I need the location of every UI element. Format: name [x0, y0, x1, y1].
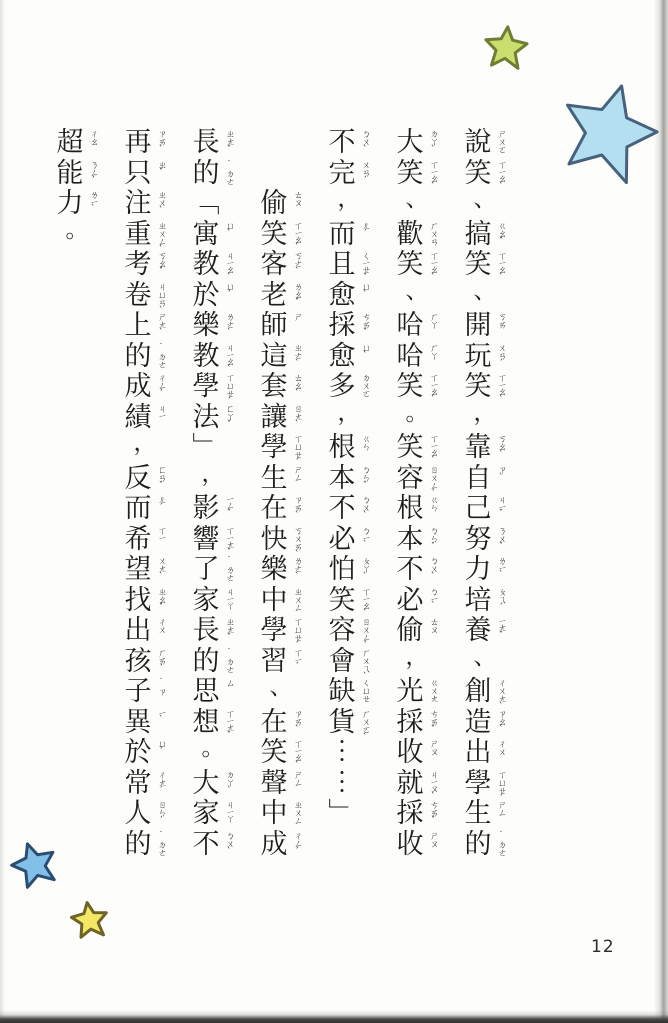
zhuyin-annotation: ㄩˊ: [154, 739, 167, 756]
char-cell: 思ㄙ: [191, 677, 259, 708]
char-cell: 己ㄐㄧˇ: [463, 494, 531, 525]
hanzi-char: 採: [395, 799, 425, 830]
char-cell: 希ㄒㄧ: [123, 525, 191, 556]
zhuyin-annotation: ˙ㄉㄜ: [222, 160, 235, 185]
char-cell: 會ㄏㄨㄟˋ: [327, 647, 395, 678]
hanzi-char: 會: [327, 647, 357, 678]
zhuyin-annotation: ㄗㄞˋ: [290, 709, 303, 734]
zhuyin-annotation: ㄧㄤˇ: [494, 617, 507, 640]
char-cell: 、: [259, 677, 327, 708]
char-cell: 響ㄒㄧㄤˇ: [191, 525, 259, 556]
zhuyin-annotation: ㄐㄧㄠˋ: [222, 343, 235, 374]
char-cell: 學ㄒㄩㄝˊ: [259, 433, 327, 464]
zhuyin-annotation: ㄐㄧㄠˋ: [222, 251, 235, 282]
hanzi-char: 玩: [463, 342, 493, 373]
zhuyin-annotation: ㄅㄧˋ: [426, 587, 439, 610]
char-cell: 聲ㄕㄥ: [259, 769, 327, 800]
char-cell: 不ㄅㄨˋ: [327, 494, 395, 525]
hanzi-char: 哈: [395, 311, 425, 342]
char-cell: 生ㄕㄥ: [463, 799, 531, 830]
zhuyin-annotation: ㄦˊ: [358, 221, 371, 238]
char-cell: 人ㄖㄣˊ: [123, 799, 191, 830]
hanzi-char: 常: [123, 769, 153, 800]
hanzi-char: 這: [259, 342, 289, 373]
char-cell: 家ㄐㄧㄚ: [191, 586, 259, 617]
hanzi-char: 子: [123, 677, 153, 708]
hanzi-char: 己: [463, 494, 493, 525]
char-cell: 快ㄎㄨㄞˋ: [259, 525, 327, 556]
yellow-star-icon: [67, 897, 111, 941]
hanzi-char: ，: [198, 459, 228, 490]
hanzi-char: 必: [327, 525, 357, 556]
hanzi-char: 、: [402, 184, 432, 215]
zhuyin-annotation: ˙ㄉㄜ: [222, 648, 235, 673]
hanzi-char: 成: [123, 372, 153, 403]
zhuyin-annotation: ㄑㄧㄝˇ: [358, 251, 371, 282]
hanzi-char: 本: [395, 525, 425, 556]
hanzi-char: 客: [259, 250, 289, 281]
zhuyin-annotation: ㄒㄩㄝˊ: [290, 434, 303, 467]
hanzi-char: 教: [191, 250, 221, 281]
char-cell: 就ㄐㄧㄡˋ: [395, 769, 463, 800]
zhuyin-annotation: ㄔㄨ: [154, 617, 167, 633]
hanzi-char: 家: [191, 586, 221, 617]
char-cell: 且ㄑㄧㄝˇ: [327, 250, 395, 281]
zhuyin-annotation: ㄒㄩㄝˊ: [222, 373, 235, 406]
hanzi-char: ，: [470, 398, 500, 429]
char-cell: 上ㄕㄤˋ: [123, 311, 191, 342]
zhuyin-annotation: ㄨㄤˋ: [154, 556, 167, 581]
zhuyin-annotation: ㄈㄚˇ: [222, 404, 235, 429]
char-cell: 造ㄗㄠˋ: [463, 708, 531, 739]
zhuyin-annotation: ㄐㄧㄡˋ: [426, 770, 439, 801]
char-cell: 寓ㄩˋ: [191, 220, 259, 251]
zhuyin-annotation: ㄘㄞˇ: [426, 800, 439, 825]
char-cell: 光ㄍㄨㄤ: [395, 677, 463, 708]
zhuyin-annotation: ㄒㄧㄠˋ: [290, 221, 303, 252]
zhuyin-annotation: ㄒㄩㄝˊ: [290, 617, 303, 650]
hanzi-char: 必: [395, 586, 425, 617]
hanzi-char: 說: [463, 128, 493, 159]
zhuyin-annotation: ㄒㄧˊ: [290, 648, 303, 671]
zhuyin-annotation: ㄗㄞˋ: [290, 495, 303, 520]
char-cell: 的˙ㄉㄜ: [123, 342, 191, 373]
zhuyin-annotation: ㄐㄧˇ: [494, 495, 507, 518]
hanzi-char: 了: [191, 555, 221, 586]
char-cell: ，: [191, 464, 259, 495]
hanzi-char: 的: [191, 159, 221, 190]
zhuyin-annotation: ㄓㄜˋ: [290, 343, 303, 368]
hanzi-char: 中: [259, 586, 289, 617]
hanzi-char: 創: [463, 677, 493, 708]
char-cell: 孩ㄏㄞˊ: [123, 647, 191, 678]
zhuyin-annotation: ㄆㄟˊ: [494, 587, 507, 612]
char-cell: 說ㄕㄨㄛ: [463, 128, 531, 159]
hanzi-char: 長: [191, 128, 221, 159]
hanzi-char: 、: [266, 672, 296, 703]
hanzi-char: 笑: [327, 586, 357, 617]
char-cell: 、: [463, 189, 531, 220]
hanzi-char: ，: [402, 642, 432, 673]
char-cell: ，: [123, 433, 191, 464]
char-cell: 學ㄒㄩㄝˊ: [191, 372, 259, 403]
zhuyin-annotation: ㄐㄧㄚ: [222, 800, 235, 822]
zhuyin-annotation: ㄅㄣˇ: [358, 465, 371, 490]
zhuyin-annotation: ㄎㄞ: [494, 312, 507, 328]
hanzi-char: 生: [259, 464, 289, 495]
char-cell: 套ㄊㄠˋ: [259, 372, 327, 403]
char-cell: 超ㄔㄠ: [55, 128, 123, 159]
hanzi-char: 重: [123, 220, 153, 251]
char-cell: ，: [327, 403, 395, 434]
yellow-star-shape: [70, 900, 110, 939]
hanzi-char: 不: [191, 830, 221, 861]
zhuyin-annotation: ㄩˋ: [358, 343, 371, 360]
text-column: 不ㄅㄨˋ完ㄨㄢˊ，而ㄦˊ且ㄑㄧㄝˇ愈ㄩˋ採ㄘㄞˇ愈ㄩˋ多ㄉㄨㄛ，根ㄍㄣ本ㄅㄣˇ不…: [327, 128, 395, 860]
hanzi-char: 容: [327, 616, 357, 647]
hanzi-char: 不: [327, 128, 357, 159]
hanzi-char: ﹂: [327, 799, 357, 830]
text-column: 說ㄕㄨㄛ笑ㄒㄧㄠˋ、搞ㄍㄠˇ笑ㄒㄧㄠˋ、開ㄎㄞ玩ㄨㄢˊ笑ㄒㄧㄠˋ，靠ㄎㄠˋ自ㄗˋ…: [463, 128, 531, 860]
char-cell: 笑ㄒㄧㄠˋ: [327, 586, 395, 617]
zhuyin-annotation: ˙ㄉㄜ: [154, 831, 167, 856]
char-cell: 歡ㄏㄨㄢ: [395, 220, 463, 251]
hanzi-char: 力: [463, 555, 493, 586]
hanzi-char: 就: [395, 769, 425, 800]
zhuyin-annotation: ㄒㄧㄤˇ: [222, 526, 235, 557]
hanzi-char: 的: [123, 342, 153, 373]
zhuyin-annotation: ㄗㄠˋ: [494, 709, 507, 734]
hanzi-char: 開: [463, 311, 493, 342]
char-cell: 笑ㄒㄧㄠˋ: [259, 220, 327, 251]
hanzi-char: 、: [402, 276, 432, 307]
char-cell: 大ㄉㄚˋ: [395, 128, 463, 159]
zhuyin-annotation: ㄕㄤˋ: [154, 312, 167, 337]
zhuyin-annotation: ˙ㄗ: [154, 678, 167, 695]
hanzi-char: 於: [191, 281, 221, 312]
zhuyin-annotation: ㄗˋ: [494, 465, 507, 482]
char-cell: 的˙ㄉㄜ: [123, 830, 191, 861]
char-cell: 而ㄦˊ: [327, 220, 395, 251]
hanzi-char: 異: [123, 708, 153, 739]
zhuyin-annotation: ㄖㄨㄥˊ: [426, 465, 439, 498]
zhuyin-annotation: ㄕ: [290, 312, 303, 320]
zhuyin-annotation: ㄅㄨˋ: [358, 495, 371, 520]
char-cell: 的˙ㄉㄜ: [463, 830, 531, 861]
char-cell: 教ㄐㄧㄠˋ: [191, 250, 259, 281]
hanzi-char: 希: [123, 525, 153, 556]
char-cell: 於ㄩˊ: [191, 281, 259, 312]
char-cell: 笑ㄒㄧㄠˋ: [395, 433, 463, 464]
char-cell: 創ㄔㄨㄤˋ: [463, 677, 531, 708]
zhuyin-annotation: ㄧˋ: [154, 709, 167, 724]
zhuyin-annotation: ㄔㄠ: [86, 129, 99, 145]
zhuyin-annotation: ㄌㄜˋ: [222, 312, 235, 337]
zhuyin-annotation: ㄔㄨ: [494, 739, 507, 755]
zhuyin-annotation: ㄉㄚˋ: [426, 129, 439, 154]
zhuyin-annotation: ˙ㄉㄜ: [154, 343, 167, 368]
text-column: 超ㄔㄠ能ㄋㄥˊ力ㄌㄧˋ。: [55, 128, 123, 860]
char-cell: 的˙ㄉㄜ: [191, 159, 259, 190]
hanzi-char: 思: [191, 677, 221, 708]
char-cell: 在ㄗㄞˋ: [259, 494, 327, 525]
hanzi-char: 不: [327, 494, 357, 525]
zhuyin-annotation: ㄎㄜˋ: [290, 251, 303, 276]
char-cell: 卷ㄐㄩㄢˋ: [123, 281, 191, 312]
zhuyin-annotation: ㄓㄨˋ: [154, 190, 167, 215]
char-cell: 長ㄓㄤˇ: [191, 616, 259, 647]
zhuyin-annotation: ㄌㄠˇ: [290, 282, 303, 307]
hanzi-char: 在: [259, 708, 289, 739]
char-cell: 的˙ㄉㄜ: [191, 647, 259, 678]
zhuyin-annotation: ˙ㄌㄜ: [222, 556, 235, 581]
zhuyin-annotation: ㄋㄥˊ: [86, 160, 99, 185]
char-cell: ﹂: [327, 799, 395, 830]
hanzi-char: 教: [191, 342, 221, 373]
zhuyin-annotation: ㄉㄨㄛ: [358, 373, 371, 397]
char-cell: 大ㄉㄚˋ: [191, 769, 259, 800]
zhuyin-annotation: ㄕㄥ: [494, 800, 507, 816]
hanzi-char: 收: [395, 830, 425, 861]
zhuyin-annotation: ㄉㄚˋ: [222, 770, 235, 795]
hanzi-char: 採: [327, 311, 357, 342]
char-cell: ︙: [327, 769, 395, 800]
char-cell: 望ㄨㄤˋ: [123, 555, 191, 586]
hanzi-char: 學: [259, 433, 289, 464]
zhuyin-annotation: ㄅㄨˋ: [358, 129, 371, 154]
zhuyin-annotation: ㄑㄩㄝ: [358, 678, 371, 702]
hanzi-char: 笑: [259, 738, 289, 769]
hanzi-char: 偷: [259, 189, 289, 220]
char-cell: 本ㄅㄣˇ: [327, 464, 395, 495]
hanzi-char: 響: [191, 525, 221, 556]
page-number: 12: [591, 937, 615, 957]
hanzi-char: 法: [191, 403, 221, 434]
hanzi-char: 上: [123, 311, 153, 342]
char-cell: 收ㄕㄡ: [395, 738, 463, 769]
hanzi-char: 自: [463, 464, 493, 495]
hanzi-char: 造: [463, 708, 493, 739]
char-cell: 哈ㄏㄚ: [395, 311, 463, 342]
hanzi-char: 的: [123, 830, 153, 861]
text-column: 再ㄗㄞˋ只ㄓˇ注ㄓㄨˋ重ㄓㄨㄥˋ考ㄎㄠˇ卷ㄐㄩㄢˋ上ㄕㄤˋ的˙ㄉㄜ成ㄔㄥˊ績ㄐㄧ…: [123, 128, 191, 860]
zhuyin-annotation: ㄩˊ: [222, 282, 235, 299]
char-cell: 注ㄓㄨˋ: [123, 189, 191, 220]
char-cell: 這ㄓㄜˋ: [259, 342, 327, 373]
zhuyin-annotation: ㄏㄨㄟˋ: [358, 648, 371, 681]
char-cell: 重ㄓㄨㄥˋ: [123, 220, 191, 251]
char-cell: 、: [463, 281, 531, 312]
hanzi-char: 人: [123, 799, 153, 830]
hanzi-char: 愈: [327, 281, 357, 312]
char-cell: ，: [327, 189, 395, 220]
hanzi-char: 、: [470, 184, 500, 215]
hanzi-char: 只: [123, 159, 153, 190]
char-cell: 再ㄗㄞˋ: [123, 128, 191, 159]
zhuyin-annotation: ㄒㄩㄝˊ: [494, 770, 507, 803]
char-cell: 於ㄩˊ: [123, 738, 191, 769]
hanzi-char: 出: [123, 616, 153, 647]
hanzi-char: 、: [470, 276, 500, 307]
zhuyin-annotation: ㄒㄧㄠˋ: [290, 739, 303, 770]
char-cell: 樂ㄌㄜˋ: [191, 311, 259, 342]
hanzi-char: 在: [259, 494, 289, 525]
hanzi-char: 反: [123, 464, 153, 495]
hanzi-char: ︙: [327, 738, 357, 769]
zhuyin-annotation: ㄌㄜˋ: [290, 556, 303, 581]
hanzi-char: 努: [463, 525, 493, 556]
char-cell: 採ㄘㄞˇ: [395, 708, 463, 739]
zhuyin-annotation: ㄅㄣˇ: [426, 526, 439, 551]
char-cell: 貨ㄏㄨㄛˋ: [327, 708, 395, 739]
zhuyin-annotation: ㄈㄢˇ: [154, 465, 167, 490]
char-cell: 教ㄐㄧㄠˋ: [191, 342, 259, 373]
zhuyin-annotation: ㄐㄧㄚ: [222, 587, 235, 609]
char-cell: ，: [463, 403, 531, 434]
zhuyin-annotation: ㄔㄨㄤˋ: [494, 678, 507, 711]
hanzi-char: 靠: [463, 433, 493, 464]
hanzi-char: 而: [123, 494, 153, 525]
hanzi-char: 歡: [395, 220, 425, 251]
hanzi-char: 的: [191, 647, 221, 678]
zhuyin-annotation: ㄊㄡ: [290, 190, 303, 206]
hanzi-char: 容: [395, 464, 425, 495]
char-cell: 搞ㄍㄠˇ: [463, 220, 531, 251]
zhuyin-annotation: ㄨㄢˊ: [358, 160, 371, 185]
hanzi-char: 套: [259, 372, 289, 403]
char-cell: ︙: [327, 738, 395, 769]
hanzi-char: 學: [191, 372, 221, 403]
char-cell: 容ㄖㄨㄥˊ: [395, 464, 463, 495]
hanzi-char: 卷: [123, 281, 153, 312]
page-edge-left-shadow: [0, 0, 5, 1023]
hanzi-char: 注: [123, 189, 153, 220]
zhuyin-annotation: ㄎㄠˋ: [494, 434, 507, 459]
char-cell: 學ㄒㄩㄝˊ: [463, 769, 531, 800]
char-cell: 採ㄘㄞˇ: [395, 799, 463, 830]
char-cell: 不ㄅㄨˋ: [395, 555, 463, 586]
text-column: 偷ㄊㄡ笑ㄒㄧㄠˋ客ㄎㄜˋ老ㄌㄠˇ師ㄕ這ㄓㄜˋ套ㄊㄠˋ讓ㄖㄤˋ學ㄒㄩㄝˊ生ㄕㄥ在ㄗ…: [259, 128, 327, 860]
zhuyin-annotation: ㄅㄧˋ: [358, 526, 371, 549]
hanzi-char: 能: [55, 159, 85, 190]
hanzi-char: 望: [123, 555, 153, 586]
text-column: 大ㄉㄚˋ笑ㄒㄧㄠˋ、歡ㄏㄨㄢ笑ㄒㄧㄠˋ、哈ㄏㄚ哈ㄏㄚ笑ㄒㄧㄠˋ。笑ㄒㄧㄠˋ容ㄖㄨ…: [395, 128, 463, 860]
hanzi-char: 根: [395, 494, 425, 525]
char-cell: 影ㄧㄥˇ: [191, 494, 259, 525]
hanzi-char: 學: [463, 769, 493, 800]
char-cell: 根ㄍㄣ: [327, 433, 395, 464]
zhuyin-annotation: ㄓㄤˇ: [222, 617, 235, 642]
hanzi-char: 樂: [191, 311, 221, 342]
zhuyin-annotation: ㄓˇ: [154, 160, 167, 177]
green-star-shape: [484, 25, 529, 69]
char-cell: 本ㄅㄣˇ: [395, 525, 463, 556]
char-cell: ，: [395, 647, 463, 678]
char-cell: 必ㄅㄧˋ: [327, 525, 395, 556]
zhuyin-annotation: ㄒㄧㄠˋ: [426, 434, 439, 465]
char-cell: 家ㄐㄧㄚ: [191, 799, 259, 830]
zhuyin-annotation: ㄧㄥˇ: [222, 495, 235, 518]
char-cell: 生ㄕㄥ: [259, 464, 327, 495]
hanzi-char: 於: [123, 738, 153, 769]
book-page: 說ㄕㄨㄛ笑ㄒㄧㄠˋ、搞ㄍㄠˇ笑ㄒㄧㄠˋ、開ㄎㄞ玩ㄨㄢˊ笑ㄒㄧㄠˋ，靠ㄎㄠˋ自ㄗˋ…: [0, 0, 668, 1023]
hanzi-char: 中: [259, 799, 289, 830]
char-cell: 而ㄦˊ: [123, 494, 191, 525]
hanzi-char: 光: [395, 677, 425, 708]
zhuyin-annotation: ㄌㄧˋ: [494, 556, 507, 579]
zhuyin-annotation: ㄔㄥˊ: [290, 831, 303, 856]
char-cell: 不ㄅㄨˋ: [327, 128, 395, 159]
char-cell: 成ㄔㄥˊ: [123, 372, 191, 403]
zhuyin-annotation: ㄊㄡ: [426, 617, 439, 633]
char-cell: 子˙ㄗ: [123, 677, 191, 708]
hanzi-char: 怕: [327, 555, 357, 586]
zhuyin-annotation: ㄓㄨㄥ: [290, 800, 303, 824]
char-cell: 出ㄔㄨ: [463, 738, 531, 769]
char-cell: 能ㄋㄥˊ: [55, 159, 123, 190]
hanzi-char: 本: [327, 464, 357, 495]
hanzi-char: 聲: [259, 769, 289, 800]
char-cell: 在ㄗㄞˋ: [259, 708, 327, 739]
char-cell: 缺ㄑㄩㄝ: [327, 677, 395, 708]
zhuyin-annotation: ㄅㄨˋ: [426, 556, 439, 581]
zhuyin-annotation: ㄕㄥ: [290, 465, 303, 481]
hanzi-char: 的: [463, 830, 493, 861]
char-cell: 找ㄓㄠˇ: [123, 586, 191, 617]
hanzi-char: 。: [402, 398, 432, 429]
zhuyin-annotation: ㄍㄠˇ: [494, 221, 507, 246]
zhuyin-annotation: ㄓㄨㄥˋ: [154, 221, 167, 254]
zhuyin-annotation: ㄔㄥˊ: [154, 373, 167, 398]
char-cell: 法ㄈㄚˇ: [191, 403, 259, 434]
zhuyin-annotation: ㄘㄞˇ: [358, 312, 371, 337]
hanzi-char: 師: [259, 311, 289, 342]
hanzi-char: ，: [130, 428, 160, 459]
char-cell: 根ㄍㄣ: [395, 494, 463, 525]
green-star-icon: [481, 20, 531, 74]
char-cell: 。: [395, 403, 463, 434]
zhuyin-annotation: ㄓㄠˇ: [154, 587, 167, 612]
hanzi-char: 大: [395, 128, 425, 159]
char-cell: 必ㄅㄧˋ: [395, 586, 463, 617]
char-cell: 容ㄖㄨㄥˊ: [327, 616, 395, 647]
char-cell: 靠ㄎㄠˋ: [463, 433, 531, 464]
hanzi-char: 缺: [327, 677, 357, 708]
char-cell: 。: [191, 738, 259, 769]
zhuyin-annotation: ㄎㄨㄞˋ: [290, 526, 303, 559]
char-cell: 客ㄎㄜˋ: [259, 250, 327, 281]
zhuyin-annotation: ㄐㄧ: [154, 404, 167, 418]
zhuyin-annotation: ㄍㄨㄤ: [426, 678, 439, 702]
hanzi-char: ︙: [327, 769, 357, 800]
zhuyin-annotation: ㄩˋ: [222, 221, 235, 238]
zhuyin-annotation: ㄋㄨˇ: [494, 526, 507, 551]
zhuyin-annotation: ˙ㄉㄜ: [494, 831, 507, 856]
char-cell: 收ㄕㄡ: [395, 830, 463, 861]
zhuyin-annotation: ㄦˊ: [154, 495, 167, 512]
char-cell: ﹁: [191, 189, 259, 220]
hanzi-char: 孩: [123, 647, 153, 678]
zhuyin-annotation: ㄙ: [222, 678, 235, 686]
zhuyin-annotation: ㄒㄧㄠˋ: [358, 587, 371, 618]
hanzi-char: 培: [463, 586, 493, 617]
hanzi-char: 笑: [259, 220, 289, 251]
page-edge-bottom-shadow: [0, 1010, 668, 1023]
char-cell: 開ㄎㄞ: [463, 311, 531, 342]
hanzi-char: 笑: [395, 433, 425, 464]
char-cell: 努ㄋㄨˇ: [463, 525, 531, 556]
zhuyin-annotation: ㄘㄞˇ: [426, 709, 439, 734]
